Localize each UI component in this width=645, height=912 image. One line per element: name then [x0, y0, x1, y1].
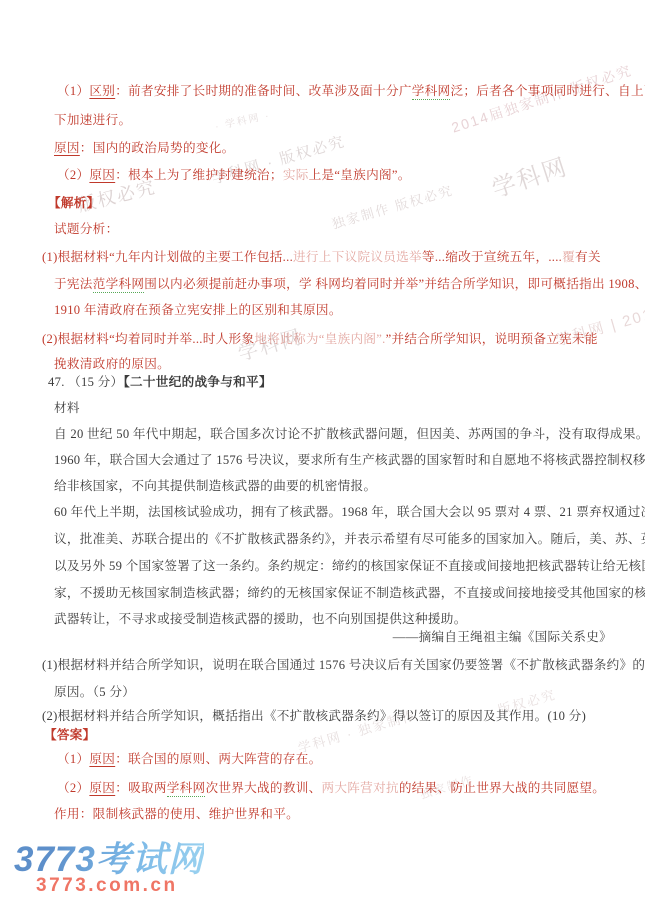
- text-segment: 47. （15 分）: [48, 375, 123, 389]
- document-lines: （1）区别：前者安排了长时期的准备时间、改革涉及面十分广学科网泛；后者各个事项同…: [0, 0, 645, 912]
- text-line: 武器转让，不寻求或接受制造核武器的援助，也不向别国提供这种援助。: [54, 611, 467, 627]
- text-line: (2)根据材料“均着同时并举...时人形象地将此称为“皇族内阁”.”并结合所学知…: [42, 331, 598, 347]
- text-segment: 以及另外 59 个国家签署了这一条约。条约规定：缔约的核国家保证不直接或间接地把…: [54, 559, 645, 573]
- text-segment: 议，批准美、苏联合提出的《不扩散核武器条约》，并表示希望有尽可能多的国家加入。随…: [54, 532, 645, 546]
- text-segment: 原因: [89, 752, 115, 766]
- text-segment: 作用：限制核武器的使用、维护世界和平。: [54, 807, 299, 821]
- text-segment: (1)根据材料并结合所学知识，说明在联合国通过 1576 号决议后有关国家仍要签…: [42, 658, 645, 672]
- text-segment: 给非核国家，不向其提供制造核武器的曲要的机密情报。: [54, 479, 376, 493]
- text-segment: 试题分析：: [54, 222, 118, 236]
- text-segment: ：根本上为了维护封建统治；: [115, 168, 283, 182]
- text-line: 议，批准美、苏联合提出的《不扩散核武器条约》，并表示希望有尽可能多的国家加入。随…: [54, 531, 645, 547]
- text-segment: ：国内的政治局势的变化。: [80, 141, 235, 155]
- text-line: 原因。（5 分）: [54, 684, 135, 700]
- text-segment: 有关: [575, 250, 601, 264]
- text-segment: ：前者安排了长时期的准备时间、改革涉及面十分广: [115, 84, 412, 98]
- text-segment: 下加速进行。: [54, 113, 131, 127]
- text-segment: 【答案】: [44, 728, 96, 742]
- text-segment: （1）: [57, 84, 89, 98]
- text-line: （2）原因：根本上为了维护封建统治；实际上是“皇族内阁”。: [57, 167, 411, 183]
- text-segment: 实际: [283, 168, 309, 182]
- text-segment: 1960 年，联合国大会通过了 1576 号决议，要求所有生产核武器的国家暂时和…: [54, 453, 645, 467]
- text-segment: 范学科网: [93, 277, 145, 293]
- text-segment: 覆: [562, 250, 575, 264]
- text-segment: （2）: [57, 781, 89, 795]
- text-segment: 次世界大战的教训、: [205, 781, 321, 795]
- text-segment: (1)根据材料“九年内计划做的主要工作包括...: [42, 250, 293, 264]
- text-segment: 上是“皇族内阁”。: [309, 168, 411, 182]
- text-segment: 于宪法: [54, 277, 93, 291]
- text-segment: 原因: [89, 781, 115, 795]
- text-segment: 原因: [54, 141, 80, 155]
- text-line: 1910 年清政府在预备立宪安排上的区别和其原因。: [54, 302, 342, 318]
- text-segment: 等...缩改于宣统五年，....: [422, 250, 562, 264]
- text-line: 挽救清政府的原因。: [54, 356, 170, 372]
- text-segment: 两大阵营对抗: [322, 781, 399, 795]
- text-segment: 材料: [54, 401, 80, 415]
- text-segment: 泛；后者各个事项同时进行、自上而: [450, 84, 645, 98]
- text-segment: 【二十世纪的战争与和平】: [123, 375, 271, 389]
- text-line: 试题分析：: [54, 221, 118, 237]
- text-segment: ：联合国的原则、两大阵营的存在。: [115, 752, 321, 766]
- text-segment: 地将此称为“皇族内阁”.: [254, 332, 385, 346]
- text-line: 60 年代上半期，法国核试验成功，拥有了核武器。1968 年，联合国大会以 95…: [54, 504, 645, 520]
- text-segment: （2）: [57, 168, 89, 182]
- text-line: （1）原因：联合国的原则、两大阵营的存在。: [57, 751, 322, 767]
- text-line: 家，不援助无核国家制造核武器；缔约的无核国家保证不制造核武器，不直接或间接地接受…: [54, 585, 645, 601]
- text-line: （1）区别：前者安排了长时期的准备时间、改革涉及面十分广学科网泛；后者各个事项同…: [57, 83, 645, 99]
- text-segment: 自 20 世纪 50 年代中期起，联合国多次讨论不扩散核武器问题，但因美、苏两国…: [54, 427, 645, 441]
- text-line: (2)根据材料并结合所学知识，概括指出《不扩散核武器条约》得以签订的原因及其作用…: [42, 708, 586, 724]
- text-segment: 挽救清政府的原因。: [54, 357, 170, 371]
- text-segment: 家，不援助无核国家制造核武器；缔约的无核国家保证不制造核武器，不直接或间接地接受…: [54, 586, 645, 600]
- text-segment: (2)根据材料“均着同时并举...时人形象: [42, 332, 254, 346]
- text-line: 原因：国内的政治局势的变化。: [54, 140, 235, 156]
- site-logo[interactable]: 3773考试网 3773.com.cn: [14, 841, 204, 897]
- text-line: (1)根据材料“九年内计划做的主要工作包括...进行上下议院议员选举等...缩改…: [42, 249, 601, 265]
- text-line: (1)根据材料并结合所学知识，说明在联合国通过 1576 号决议后有关国家仍要签…: [42, 657, 645, 673]
- text-line: （2）原因：吸取两学科网次世界大战的教训、两大阵营对抗的结果、防止世界大战的共同…: [57, 780, 605, 796]
- text-segment: (2)根据材料并结合所学知识，概括指出《不扩散核武器条约》得以签订的原因及其作用…: [42, 709, 586, 723]
- text-segment: 武器转让，不寻求或接受制造核武器的援助，也不向别国提供这种援助。: [54, 612, 467, 626]
- text-segment: 原因: [89, 168, 115, 182]
- text-line: 材料: [54, 400, 80, 416]
- text-segment: ：吸取两: [115, 781, 167, 795]
- text-line: 【答案】: [44, 727, 96, 743]
- text-segment: 进行上下议院议员选举: [293, 250, 422, 264]
- text-line: 给非核国家，不向其提供制造核武器的曲要的机密情报。: [54, 478, 376, 494]
- logo-title[interactable]: 3773考试网: [14, 841, 204, 879]
- text-line: 【解析】: [48, 195, 100, 211]
- text-segment: ”并结合所学知识，说明预备立宪未能: [386, 332, 598, 346]
- text-segment: （1）: [57, 752, 89, 766]
- text-segment: 的结果、防止世界大战的共同愿望。: [399, 781, 605, 795]
- text-line: 1960 年，联合国大会通过了 1576 号决议，要求所有生产核武器的国家暂时和…: [54, 452, 645, 468]
- text-segment: 【解析】: [48, 196, 100, 210]
- text-line: 作用：限制核武器的使用、维护世界和平。: [54, 806, 299, 822]
- text-line: 以及另外 59 个国家签署了这一条约。条约规定：缔约的核国家保证不直接或间接地把…: [54, 558, 645, 574]
- text-segment: ——摘编自王绳祖主编《国际关系史》: [393, 630, 612, 644]
- text-segment: 围以内必须提前赶办事项，学 科网均着同时并举”并结合所学知识，即可概括指出 19…: [144, 277, 645, 291]
- text-segment: 区别: [89, 84, 115, 98]
- text-segment: 60 年代上半期，法国核试验成功，拥有了核武器。1968 年，联合国大会以 95…: [54, 505, 645, 519]
- text-line: 于宪法范学科网围以内必须提前赶办事项，学 科网均着同时并举”并结合所学知识，即可…: [54, 276, 645, 292]
- text-line: 下加速进行。: [54, 112, 131, 128]
- text-line: 47. （15 分）【二十世纪的战争与和平】: [48, 374, 272, 390]
- text-segment: 学科网: [167, 781, 206, 797]
- text-segment: 原因。（5 分）: [54, 685, 135, 699]
- text-segment: 1910 年清政府在预备立宪安排上的区别和其原因。: [54, 303, 342, 317]
- text-line: ——摘编自王绳祖主编《国际关系史》: [393, 629, 612, 645]
- text-line: 自 20 世纪 50 年代中期起，联合国多次讨论不扩散核武器问题，但因美、苏两国…: [54, 426, 645, 442]
- text-segment: 学科网: [412, 84, 451, 100]
